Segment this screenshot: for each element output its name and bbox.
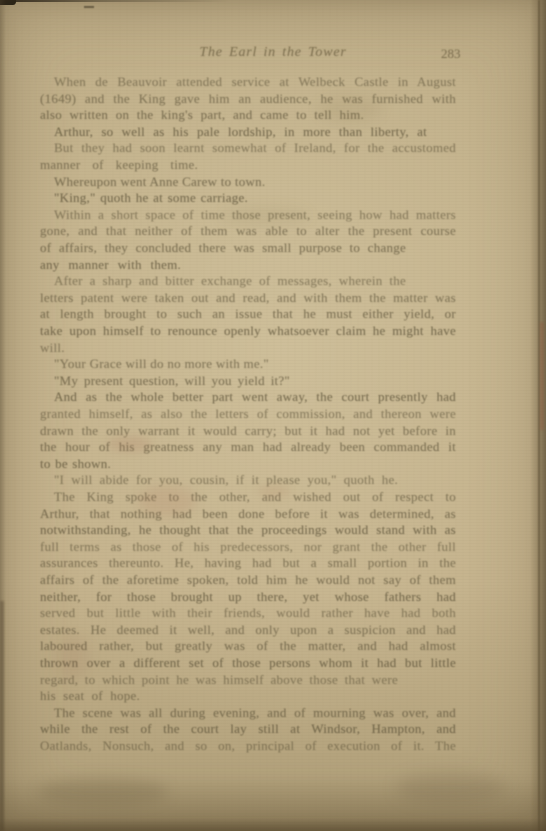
text-line: "Your Grace will do no more with me." (40, 356, 269, 373)
text-line: will. (40, 340, 77, 357)
text-line: drawn the only warrant it would carry; b… (40, 423, 456, 440)
text-line: (1649) and the King gave him an audience… (40, 91, 456, 108)
scanned-book-page: The Earl in the Tower 283 When de Beauvo… (0, 0, 546, 831)
text-line: And as the whole better part went away, … (40, 389, 456, 406)
text-line: After a sharp and bitter exchange of mes… (40, 273, 406, 290)
text-line: notwithstanding, he thought that the pro… (40, 522, 456, 539)
text-line: served but little with their friends, wo… (40, 605, 456, 622)
red-edge-streak (540, 322, 544, 430)
scan-corner-mark (0, 0, 16, 5)
scan-edge-top-line (0, 0, 230, 2)
bottom-shadow-blotch (396, 772, 506, 804)
page-edge-line-right (538, 0, 540, 831)
text-line: while the rest of the court lay still at… (40, 721, 456, 738)
text-line: his seat of hope. (40, 688, 140, 705)
text-line: thrown over a different set of those per… (40, 655, 456, 672)
bottom-shadow-blotch (38, 778, 168, 806)
text-line: granted himself, as also the letters of … (40, 406, 456, 423)
text-line: "King," quoth he at some carriage. (40, 190, 248, 207)
text-line: "I will abide for you, cousin, if it ple… (40, 472, 398, 489)
text-line: gone, and that neither of them was able … (40, 223, 456, 240)
text-line: to be shown. (40, 456, 111, 473)
page-edge-shadow-left (0, 0, 6, 831)
text-line: But they had soon learnt somewhat of Ire… (40, 140, 456, 157)
text-line: also written on the king's part, and cam… (40, 107, 364, 124)
page-gutter-shadow-right (530, 0, 546, 831)
text-line: Oatlands, Nonsuch, and so on, principal … (40, 738, 456, 755)
text-line: When de Beauvoir attended service at Wel… (40, 74, 456, 91)
text-line: laboured rather, but greatly was of the … (40, 638, 456, 655)
text-line: at length brought to such an issue that … (40, 306, 456, 323)
text-line: Within a short space of time those prese… (40, 207, 456, 224)
page-edge-shadow-left-low (0, 601, 4, 831)
text-line: The King spoke to the other, and wished … (40, 489, 456, 506)
text-line: "My present question, will you yield it?… (40, 373, 290, 390)
text-line: The scene was all during evening, and of… (40, 705, 456, 722)
text-line: neither, for those brought up there, yet… (40, 589, 456, 606)
text-line: any manner with them. (40, 257, 181, 274)
text-line: take upon himself to renounce openly wha… (40, 323, 456, 340)
text-line: Whereupon went Anne Carew to town. (40, 174, 265, 191)
bottom-gradient-shade (0, 771, 546, 831)
text-line: manner of keeping time. (40, 157, 198, 174)
scan-edge-tick (84, 6, 94, 8)
text-line: estates. He deemed it well, and only upo… (40, 622, 456, 639)
text-line: Arthur, so well as his pale lordship, in… (40, 124, 427, 141)
text-line: of affairs, they concluded there was sma… (40, 240, 406, 257)
page-number: 283 (441, 46, 475, 62)
text-line: Arthur, that nothing had been done befor… (40, 506, 456, 523)
text-line: full terms as those of his predecessors,… (40, 539, 456, 556)
text-line: letters patent were taken out and read, … (40, 290, 456, 307)
text-line: the hour of his greatness any man had al… (40, 439, 456, 456)
text-line: affairs of the aforetime spoken, told hi… (40, 572, 456, 589)
text-line: regard, to which point he was himself ab… (40, 672, 398, 689)
scan-edge-bottom-band (0, 818, 546, 831)
text-line: assurances thereunto. He, having had but… (40, 555, 456, 572)
